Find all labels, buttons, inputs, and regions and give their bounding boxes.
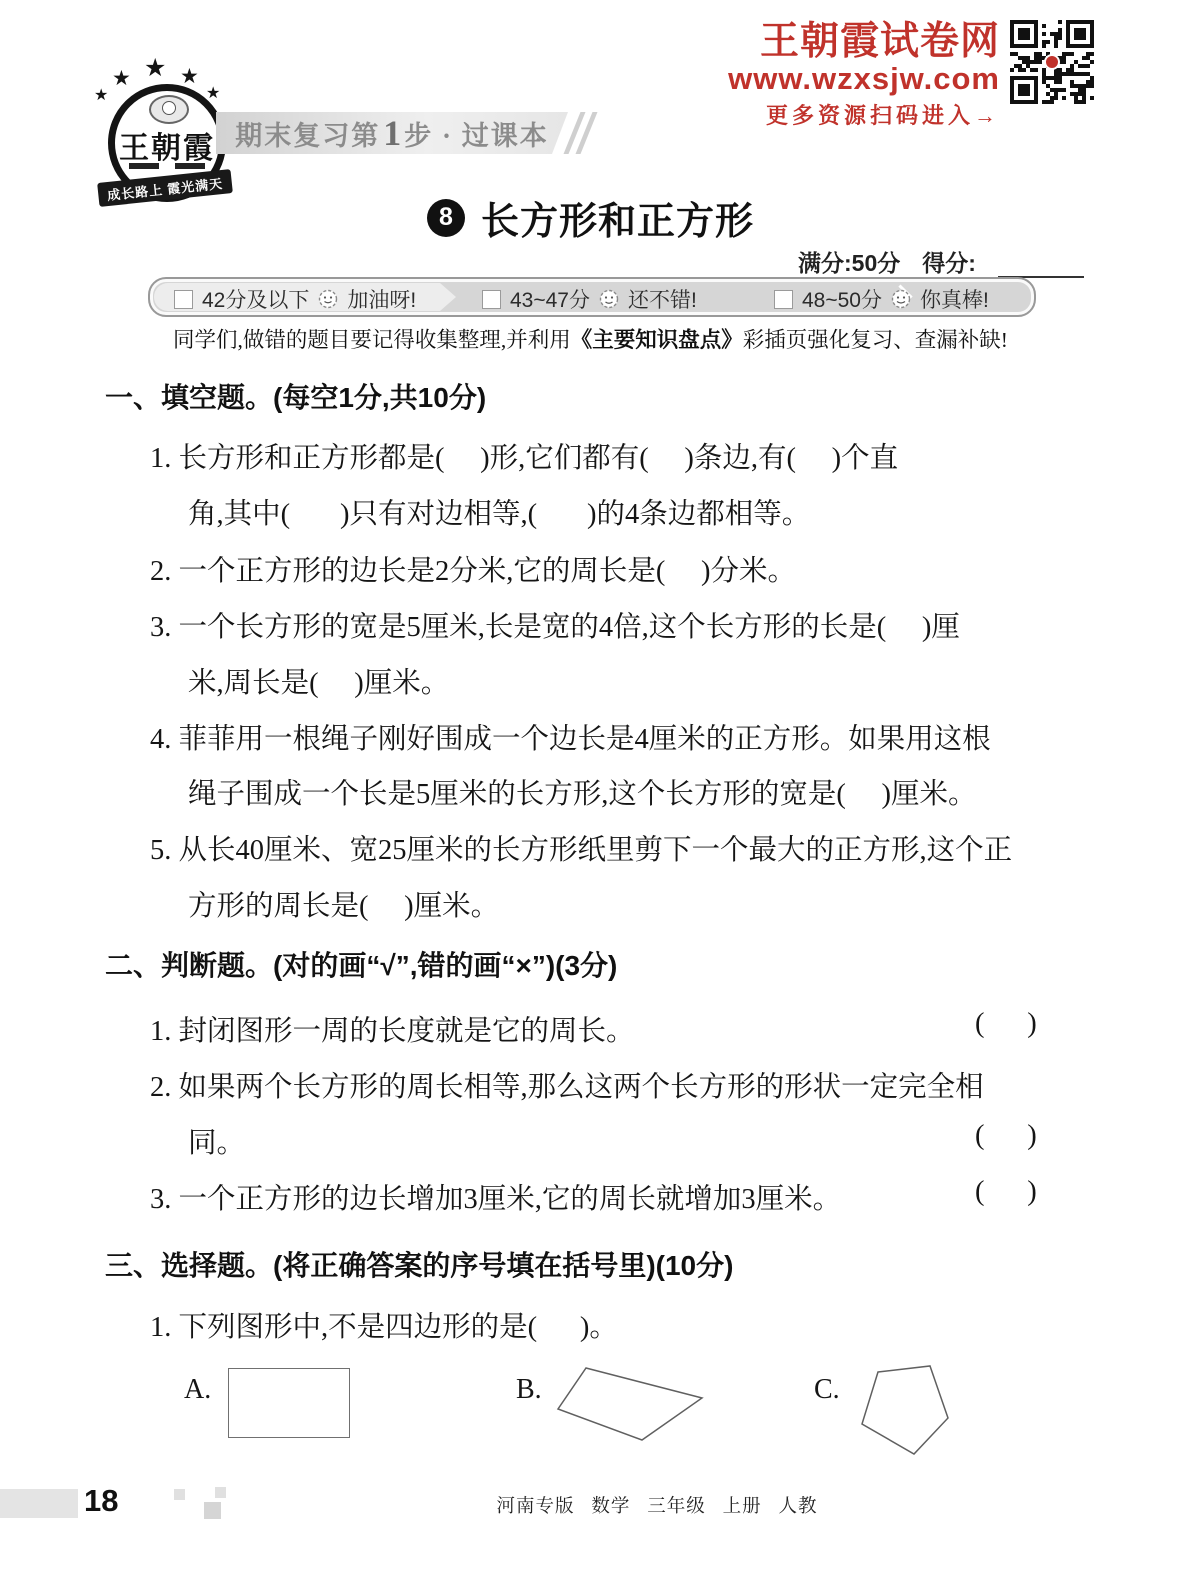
banner-suffix: 步 · 过课本 (404, 114, 549, 153)
note-pre: 同学们,做错的题目要记得收集整理,并利用 (173, 328, 571, 352)
score-line: 满分:50分 得分: (798, 245, 1084, 278)
note-post: 彩插页强化复习、查漏补缺! (743, 328, 1008, 352)
footer-decor-square (204, 1502, 221, 1519)
judge-q3-answer-paren[interactable]: ( ) (975, 1176, 1037, 1208)
site-url: www.wzxsjw.com (700, 63, 1000, 96)
banner-step-number: 1 (383, 112, 401, 154)
option-b-label: B. (516, 1374, 542, 1406)
qr-code-icon (1010, 20, 1094, 104)
judge-q1-answer-paren[interactable]: ( ) (975, 1008, 1037, 1040)
fill-q5-line1: 5. 从长40厘米、宽25厘米的长方形纸里剪下一个最大的正方形,这个正 (150, 827, 1012, 868)
score-blank-field[interactable] (998, 252, 1084, 278)
site-scan-hint: 更多资源扫码进入→ (700, 99, 1000, 130)
footer-edition: 河南专版 数学 三年级 上册 人教 (496, 1492, 817, 1518)
tier-3: 48~50分 你真棒! (774, 284, 989, 314)
option-c-label: C. (814, 1374, 840, 1406)
tier-1-range: 42分及以下 (202, 284, 309, 314)
fill-q4-line2: 绳子围成一个长是5厘米的长方形,这个长方形的宽是( )厘米。 (188, 771, 976, 812)
fill-q3-line1: 3. 一个长方形的宽是5厘米,长是宽的4倍,这个长方形的长是( )厘 (150, 604, 960, 645)
judge-q2-line1: 2. 如果两个长方形的周长相等,那么这两个长方形的形状一定完全相 (150, 1064, 984, 1105)
reminder-note: 同学们,做错的题目要记得收集整理,并利用《主要知识盘点》彩插页强化复习、查漏补缺… (0, 323, 1181, 354)
page-number: 18 (84, 1483, 118, 1519)
option-c-pentagon-shape (856, 1362, 952, 1458)
lesson-title-row: 8 长方形和正方形 (0, 190, 1181, 245)
full-score-label: 满分:50分 (798, 245, 900, 278)
logo-subtext-bars (129, 163, 205, 169)
star-icon: ★ (180, 66, 199, 87)
choice-q1: 1. 下列图形中,不是四边形的是( )。 (150, 1304, 618, 1345)
judge-q1: 1. 封闭图形一周的长度就是它的周长。 (150, 1008, 635, 1049)
smiley-face-icon (599, 289, 619, 309)
star-icon: ★ (144, 56, 166, 81)
portrait-icon (149, 95, 189, 124)
brand-logo: ★ ★ ★ ★ ★ 王朝霞 成长路上 霞光满天 (96, 54, 234, 210)
tier-3-praise: 你真棒! (920, 284, 989, 314)
tier-1: 42分及以下 加油呀! (174, 284, 416, 314)
section-2-heading: 二、判断题。(对的画“√”,错的画“×”)(3分) (105, 944, 617, 984)
tier-2-checkbox[interactable] (482, 290, 501, 309)
step-banner: 期末复习第 1 步 · 过课本 (216, 112, 568, 154)
tier-3-range: 48~50分 (802, 284, 882, 314)
judge-q2-answer-paren[interactable]: ( ) (975, 1120, 1037, 1152)
tier-2: 43~47分 还不错! (482, 284, 697, 314)
section-3-heading: 三、选择题。(将正确答案的序号填在括号里)(10分) (105, 1244, 733, 1284)
footer-decor-square (215, 1487, 226, 1498)
site-info: 王朝霞试卷网 www.wzxsjw.com 更多资源扫码进入→ (700, 22, 1000, 130)
fill-q5-line2: 方形的周长是( )厘米。 (188, 883, 499, 924)
tier-1-praise: 加油呀! (347, 284, 416, 314)
judge-q2-line2: 同。 (188, 1120, 245, 1161)
judge-q3: 3. 一个正方形的边长增加3厘米,它的周长就增加3厘米。 (150, 1176, 841, 1217)
section-1-heading: 一、填空题。(每空1分,共10分) (105, 376, 486, 416)
footer-bar (0, 1489, 78, 1518)
worksheet-page: ★ ★ ★ ★ ★ 王朝霞 成长路上 霞光满天 期末复习第 1 步 · 过课本 … (0, 0, 1181, 1582)
fill-q3-line2: 米,周长是( )厘米。 (188, 660, 449, 701)
footer-decor-square (174, 1489, 185, 1500)
star-icon: ★ (112, 68, 131, 89)
fill-q1-line1: 1. 长方形和正方形都是( )形,它们都有( )条边,有( )个直 (150, 435, 898, 476)
tier-1-checkbox[interactable] (174, 290, 193, 309)
tier-2-range: 43~47分 (510, 284, 590, 314)
note-bold: 《主要知识盘点》 (571, 328, 743, 352)
site-name: 王朝霞试卷网 (700, 22, 1000, 63)
logo-name: 王朝霞 (115, 123, 219, 167)
fill-q1-line2: 角,其中( )只有对边相等,( )的4条边都相等。 (188, 491, 810, 532)
tier-3-checkbox[interactable] (774, 290, 793, 309)
smiley-face-icon (891, 289, 911, 309)
lesson-number-badge: 8 (427, 199, 465, 237)
option-a-rectangle-shape (228, 1368, 350, 1438)
fill-q2: 2. 一个正方形的边长是2分米,它的周长是( )分米。 (150, 548, 796, 589)
got-score-label: 得分: (922, 245, 976, 278)
star-icon: ★ (94, 88, 108, 104)
fill-q4-line1: 4. 菲菲用一根绳子刚好围成一个边长是4厘米的正方形。如果用这根 (150, 716, 991, 757)
option-a-label: A. (184, 1374, 211, 1406)
score-tier-bar: 42分及以下 加油呀! 43~47分 还不错! 48~50分 (148, 277, 1036, 317)
banner-prefix: 期末复习第 (235, 114, 380, 153)
page-title: 长方形和正方形 (481, 190, 754, 245)
option-b-quadrilateral-shape (552, 1360, 712, 1445)
tier-2-praise: 还不错! (628, 284, 697, 314)
smiley-face-icon (318, 289, 338, 309)
star-icon: ★ (206, 86, 220, 102)
